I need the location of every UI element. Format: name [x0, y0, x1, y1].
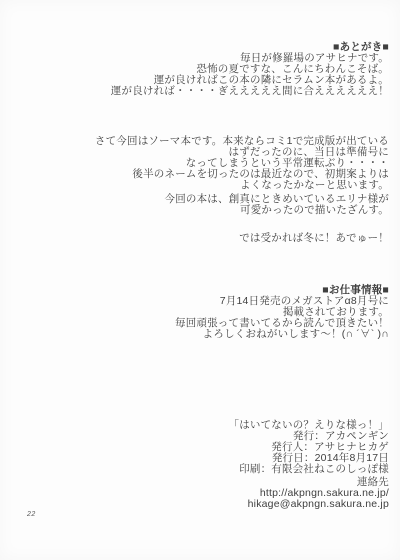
closing-line: では受かれば冬に！あでゅー！ [239, 233, 389, 244]
body-line: よくなったかなーと思います。 [95, 180, 389, 191]
body-paragraph-1: さて今回はソーマ本です。本来ならコミ1で完成版が出ている はずだったのに、当日は… [95, 136, 389, 191]
closing-text: では受かれば冬に！あでゅー！ [239, 233, 389, 244]
contact-section: 連絡先 http://akpngn.sakura.ne.jp/ hikage@a… [248, 477, 389, 510]
colophon-line: 印刷：有限会社ねこのしっぽ様 [229, 464, 390, 475]
body-line: 可愛かったので描いたざんす。 [165, 205, 390, 216]
work-info-line: よろしくおねがいします～！(∩ ´∀` )∩ [175, 329, 389, 340]
scanned-page: ■あとがき■ 毎日が修羅場のアサヒナです。 恐怖の夏ですな、こんにちわんこそば。… [0, 0, 400, 560]
colophon-section: 「はいてないの？えりな様っ！」 発行：アカペンギン 発行人：アサヒナヒカゲ 発行… [229, 420, 390, 475]
afterword-section: ■あとがき■ 毎日が修羅場のアサヒナです。 恐怖の夏ですな、こんにちわんこそば。… [111, 42, 389, 97]
work-info-section: ■お仕事情報■ 7月14日発売のメガストアα8月号に 掲載されております。 毎回… [175, 285, 389, 340]
page-number: 22 [27, 511, 36, 518]
contact-email: hikage@akpngn.sakura.ne.jp [248, 499, 389, 510]
body-paragraph-2: 今回の本は、創真にときめいているエリナ様が 可愛かったので描いたざんす。 [165, 194, 390, 216]
afterword-line: 運が良ければ・・・・ぎえええええ間に合ええええええ！ [111, 86, 389, 97]
